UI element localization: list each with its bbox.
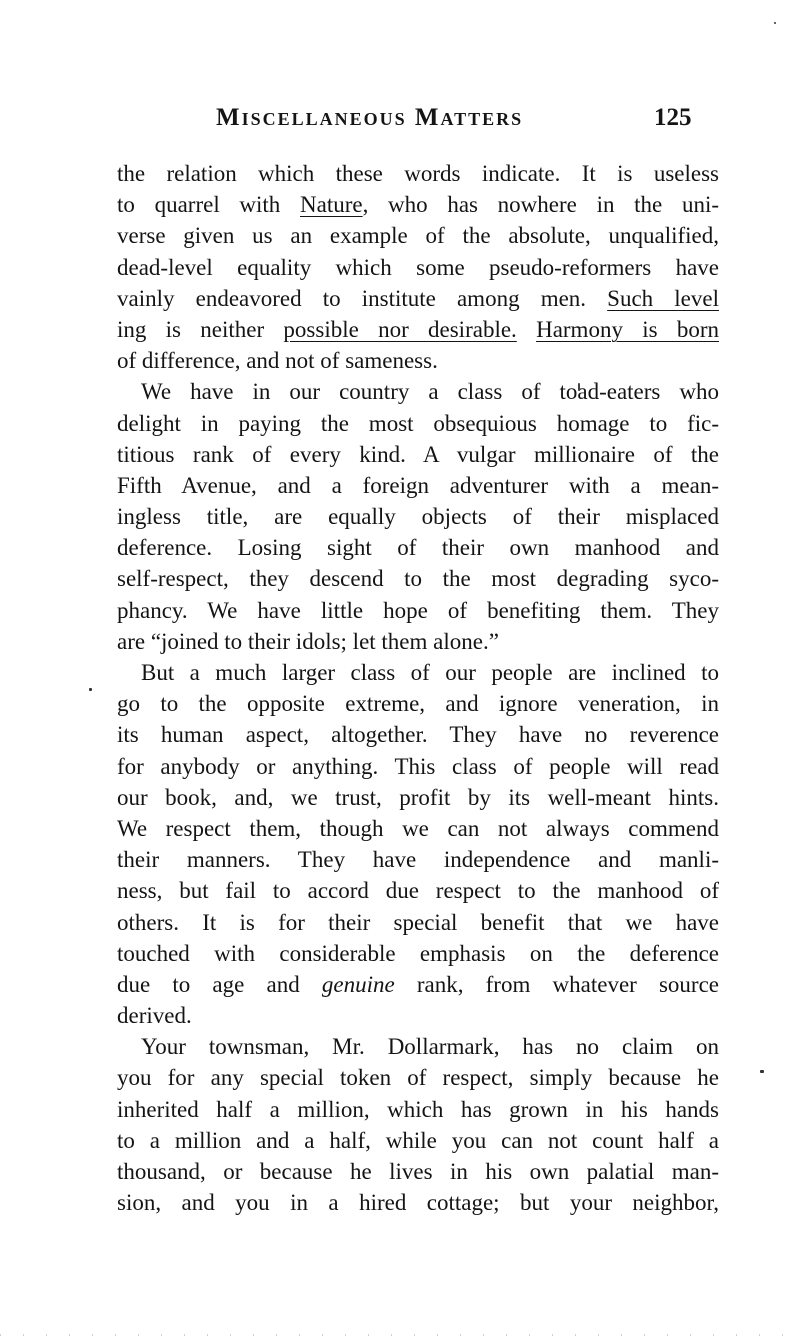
underlined-such-level: Such level (607, 286, 719, 311)
text-line: to a million and a half, while you can n… (117, 1125, 719, 1156)
text-line: are “joined to their idols; let them alo… (117, 626, 719, 657)
text-line: verse given us an example of the absolut… (117, 220, 719, 251)
text-line: thousand, or because he lives in his own… (117, 1156, 719, 1187)
text-line: Fifth Avenue, and a foreign adventurer w… (117, 470, 719, 501)
page-number: 125 (654, 104, 692, 132)
scan-speck (774, 22, 776, 24)
text-line: of difference, and not of sameness. (117, 345, 719, 376)
scan-speck (89, 688, 92, 691)
paragraph-1: the relation which these words indicate.… (117, 158, 719, 376)
book-page: Miscellaneous Matters 125 the relation w… (0, 0, 800, 1344)
italic-word-genuine: genuine (322, 972, 395, 997)
text-line: deference. Losing sight of their own man… (117, 532, 719, 563)
scan-speck (760, 1070, 764, 1073)
paragraph-4: Your townsman, Mr. Dollarmark, has no cl… (117, 1031, 719, 1218)
text-line: ing is neither possible nor desirable. H… (117, 314, 719, 345)
text-line: others. It is for their special benefit … (117, 907, 719, 938)
text-line: our book, and, we trust, profit by its w… (117, 782, 719, 813)
scan-edge-noise (0, 1334, 800, 1336)
text-line: We respect them, though we can not alway… (117, 813, 719, 844)
paragraph-2: We have in our country a class of toad-e… (117, 376, 719, 657)
text-line: ness, but fail to accord due respect to … (117, 875, 719, 906)
text-line: We have in our country a class of toad-e… (117, 376, 719, 407)
text-line: touched with considerable emphasis on th… (117, 938, 719, 969)
text-line: go to the opposite extreme, and ignore v… (117, 688, 719, 719)
text-line: to quarrel with Nature, who has nowhere … (117, 189, 719, 220)
text-line: you for any special token of respect, si… (117, 1062, 719, 1093)
text-line: vainly endeavored to institute among men… (117, 283, 719, 314)
text-line: their manners. They have independence an… (117, 844, 719, 875)
text-line: derived. (117, 1000, 719, 1031)
text-line: due to age and genuine rank, from whatev… (117, 969, 719, 1000)
text-line: for anybody or anything. This class of p… (117, 751, 719, 782)
body-text: the relation which these words indicate.… (117, 158, 719, 1218)
text-line: phancy. We have little hope of benefitin… (117, 595, 719, 626)
paragraph-3: But a much larger class of our people ar… (117, 657, 719, 1031)
text-line: titious rank of every kind. A vulgar mil… (117, 439, 719, 470)
text-line: its human aspect, altogether. They have … (117, 719, 719, 750)
underlined-possible-phrase: possible nor desirable. (283, 317, 516, 342)
text-line: self-respect, they descend to the most d… (117, 563, 719, 594)
underlined-word-nature: Nature (300, 192, 363, 217)
text-line: Your townsman, Mr. Dollarmark, has no cl… (117, 1031, 719, 1062)
text-line: the relation which these words indicate.… (117, 158, 719, 189)
text-line: dead-level equality which some pseudo-re… (117, 252, 719, 283)
text-line: But a much larger class of our people ar… (117, 657, 719, 688)
running-head: Miscellaneous Matters (216, 104, 716, 132)
text-line: sion, and you in a hired cottage; but yo… (117, 1187, 719, 1218)
underlined-harmony-phrase: Harmony is born (536, 317, 719, 342)
scan-speck (578, 383, 580, 391)
text-line: inherited half a million, which has grow… (117, 1094, 719, 1125)
text-line: ingless title, are equally objects of th… (117, 501, 719, 532)
text-line: delight in paying the most obsequious ho… (117, 408, 719, 439)
